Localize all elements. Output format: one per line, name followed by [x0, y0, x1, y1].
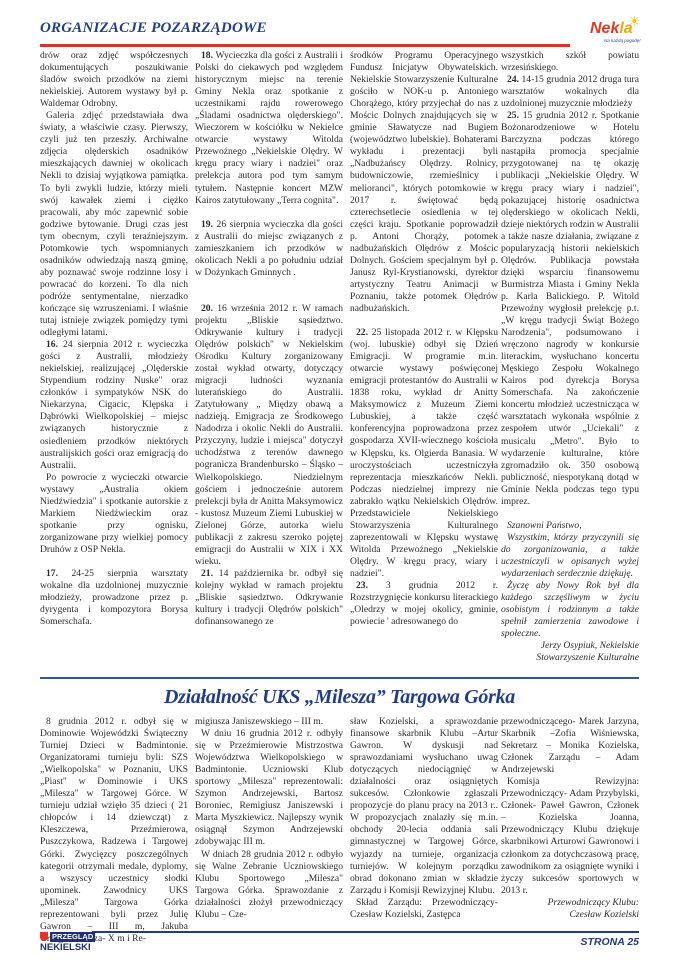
- paragraph: 21. 14 października br. odbył się kolejn…: [195, 568, 343, 628]
- paragraph-text: Wycieczka dla gości z Australii i Polski…: [195, 50, 343, 206]
- paragraph: Przewodniczący Klubu:: [501, 897, 639, 909]
- paragraph: drów oraz zdjęć współczesnych dokumentuj…: [40, 50, 188, 110]
- paragraph-text: sław Kozielski, a sprawozdanie finansowe…: [350, 716, 498, 896]
- article-title: Działalność UKS „Milesza” Targowa Górka: [0, 686, 679, 709]
- paragraph-text: wszystkich szkół powiatu wrzesińskiego.: [501, 50, 639, 73]
- paragraph-text: Galeria zdjęć przedstawiała dwa światy, …: [40, 110, 188, 338]
- paragraph-text: Czesław Kozielski: [569, 909, 639, 920]
- paragraph-text: Przewodniczący Klubu:: [548, 897, 639, 908]
- item-number: 25.: [507, 110, 519, 121]
- paragraph: Wszystkim, którzy przyczynili się do zor…: [501, 532, 639, 580]
- paragraph-text: Komisja Rewizyjna: Przewodniczący- Adam …: [501, 776, 639, 895]
- item-number: 17.: [46, 568, 58, 579]
- paragraph: Jerzy Osypiuk, Nekielskie: [501, 640, 639, 652]
- paragraph: przewodniczącego- Marek Jarzyna, Skarbni…: [501, 716, 639, 776]
- paragraph-text: 14-15 grudnia 2012 druga tura warsztatów…: [501, 74, 639, 109]
- column-4: wszystkich szkół powiatu wrzesińskiego.2…: [501, 50, 639, 664]
- paragraph-text: W dniach 28 grudnia 2012 r. odbyło się W…: [195, 849, 343, 920]
- paragraph: sław Kozielski, a sprawozdanie finansowe…: [350, 716, 498, 897]
- paragraph-text: 8 grudnia 2012 r. odbył się w Dominowie …: [40, 716, 188, 944]
- paragraph: 8 grudnia 2012 r. odbył się w Dominowie …: [40, 716, 188, 945]
- paragraph: 16. 24 sierpnia 2012 r. wycieczka gości …: [40, 339, 188, 472]
- paragraph-text: drów oraz zdjęć współczesnych dokumentuj…: [40, 50, 188, 109]
- paragraph-text: 3 grudnia 2012 r. Rozstrzygnięcie konkur…: [350, 580, 498, 627]
- paragraph-text: Wszystkim, którzy przyczynili się do zor…: [501, 532, 639, 579]
- shield-icon: [40, 932, 48, 941]
- article-column-2: migiusza Janiszewskiego – III m.W dniu 1…: [195, 716, 343, 921]
- paragraph-text: 26 sierpnia wycieczka dla gości z Austra…: [195, 219, 343, 278]
- paragraph-text: Jerzy Osypiuk, Nekielskie: [541, 640, 639, 651]
- paragraph-text: 24 sierpnia 2012 r. wycieczka gości z Au…: [40, 339, 188, 470]
- paragraph: 25. 15 grudnia 2012 r. Spotkanie Bożonar…: [501, 110, 639, 508]
- logo-tagline: Na każdą pogodę!: [604, 38, 641, 43]
- item-number: 19.: [201, 219, 213, 230]
- paragraph: Galeria zdjęć przedstawiała dwa światy, …: [40, 110, 188, 339]
- paragraph: Szanowni Państwo,: [501, 520, 639, 532]
- paragraph: Skład Zarządu: Przewodniczący- Czesław K…: [350, 897, 498, 921]
- paragraph-text: Stowarzyszenie Kulturalne: [536, 652, 639, 663]
- section-title: ORGANIZACJE POZARZĄDOWE: [40, 20, 267, 37]
- przeglad-nekielski-logo: PRZEGLĄD NEKIELSKI: [40, 932, 100, 956]
- paragraph: 20. 16 września 2012 r. W ramach projekt…: [195, 303, 343, 568]
- paragraph: 24. 14-15 grudnia 2012 druga tura warszt…: [501, 74, 639, 110]
- paragraph: 22. 25 listopada 2012 r. w Klępsku (woj.…: [350, 327, 498, 580]
- paragraph: 17. 24-25 sierpnia warsztaty wokalne dla…: [40, 568, 188, 628]
- paragraph: Komisja Rewizyjna: Przewodniczący- Adam …: [501, 776, 639, 896]
- paragraph: migiusza Janiszewskiego – III m.: [195, 716, 343, 728]
- paragraph-text: migiusza Janiszewskiego – III m.: [195, 716, 323, 727]
- paragraph: W dniach 28 grudnia 2012 r. odbyło się W…: [195, 849, 343, 921]
- item-number: 16.: [46, 339, 58, 350]
- item-number: 23.: [356, 580, 368, 591]
- paragraph: Życzę aby Nowy Rok był dla każdego szczę…: [501, 580, 639, 640]
- column-2: 18. Wycieczka dla gości z Australii i Po…: [195, 50, 343, 628]
- page-number: STRONA 25: [580, 936, 639, 948]
- paragraph-text: 25 listopada 2012 r. w Klępsku (woj. lub…: [350, 327, 498, 579]
- nekla-logo: ☀ Nekla Na każdą pogodę!: [590, 14, 660, 48]
- logo-wordmark: Nekla: [590, 20, 633, 38]
- article-column-3: sław Kozielski, a sprawozdanie finansowe…: [350, 716, 498, 921]
- paragraph-text: 16 września 2012 r. W ramach projektu „B…: [195, 303, 343, 567]
- paragraph: 23. 3 grudnia 2012 r. Rozstrzygnięcie ko…: [350, 580, 498, 628]
- paragraph-text: Skład Zarządu: Przewodniczący- Czesław K…: [350, 897, 498, 920]
- paragraph-text: 15 grudnia 2012 r. Spotkanie Bożonarodze…: [501, 110, 639, 507]
- paragraph: Czesław Kozielski: [501, 909, 639, 921]
- header-divider: [40, 44, 570, 47]
- logo-top-text: PRZEGLĄD: [50, 932, 95, 942]
- paragraph-text: 24-25 sierpnia warsztaty wokalne dla uzd…: [40, 568, 188, 627]
- article-column-1: 8 grudnia 2012 r. odbył się w Dominowie …: [40, 716, 188, 945]
- footer-divider: [92, 931, 639, 933]
- logo-bottom-text: NEKIELSKI: [40, 942, 91, 953]
- column-1: drów oraz zdjęć współczesnych dokumentuj…: [40, 50, 188, 628]
- item-number: 22.: [356, 327, 368, 338]
- paragraph-text: środków Programu Operacyjnego Fundusz In…: [350, 50, 498, 314]
- paragraph-text: Po powrocie z wycieczki otwarcie wystawy…: [40, 472, 188, 555]
- item-number: 20.: [201, 303, 213, 314]
- paragraph-text: 14 października br. odbył się kolejny wy…: [195, 568, 343, 627]
- paragraph-text: przewodniczącego- Marek Jarzyna, Skarbni…: [501, 716, 639, 775]
- paragraph: wszystkich szkół powiatu wrzesińskiego.: [501, 50, 639, 74]
- paragraph-text: Szanowni Państwo,: [507, 520, 582, 531]
- paragraph-text: W dniu 16 grudnia 2012 r. odbyły się w P…: [195, 728, 343, 847]
- paragraph: W dniu 16 grudnia 2012 r. odbyły się w P…: [195, 728, 343, 848]
- paragraph: 18. Wycieczka dla gości z Australii i Po…: [195, 50, 343, 207]
- section-divider: [40, 677, 639, 679]
- paragraph-text: Życzę aby Nowy Rok był dla każdego szczę…: [501, 580, 639, 639]
- item-number: 21.: [201, 568, 213, 579]
- paragraph: Po powrocie z wycieczki otwarcie wystawy…: [40, 472, 188, 556]
- page-header: ORGANIZACJE POZARZĄDOWE: [40, 18, 639, 42]
- paragraph: Stowarzyszenie Kulturalne: [501, 652, 639, 664]
- paragraph: środków Programu Operacyjnego Fundusz In…: [350, 50, 498, 315]
- article-column-4: przewodniczącego- Marek Jarzyna, Skarbni…: [501, 716, 639, 921]
- column-3: środków Programu Operacyjnego Fundusz In…: [350, 50, 498, 628]
- paragraph: 19. 26 sierpnia wycieczka dla gości z Au…: [195, 219, 343, 279]
- item-number: 24.: [507, 74, 519, 85]
- item-number: 18.: [201, 50, 213, 61]
